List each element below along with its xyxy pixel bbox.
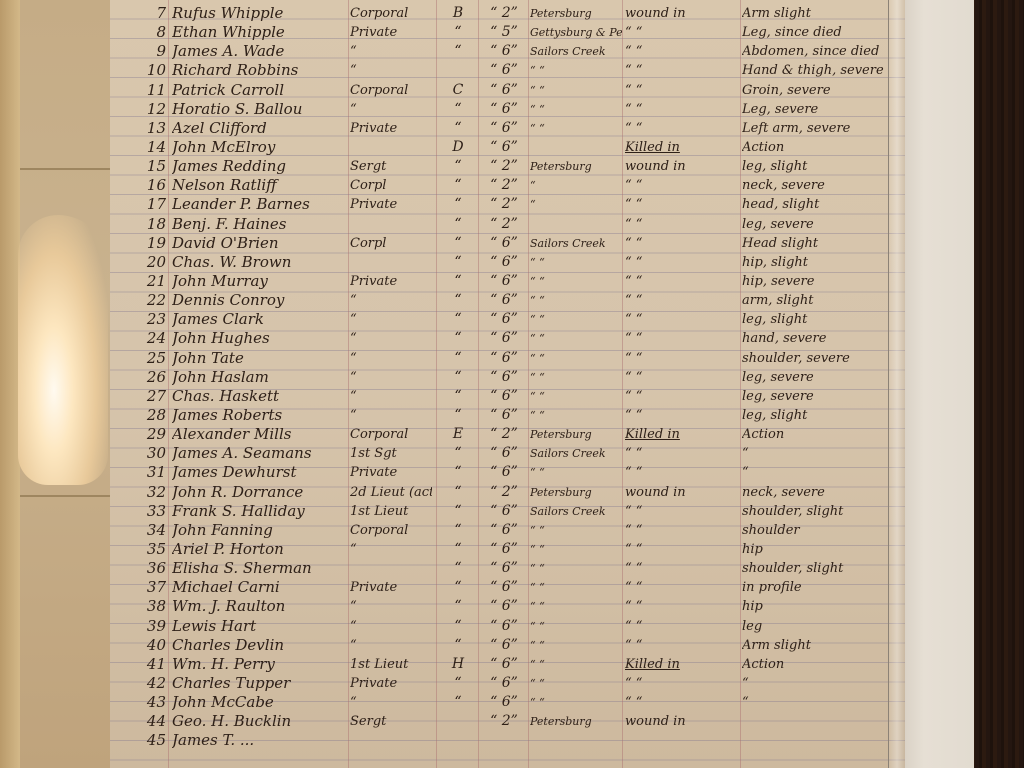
regiment: “ 6” <box>482 387 526 406</box>
casualty-status: “ “ <box>625 368 740 387</box>
wound-detail: “ <box>742 463 892 482</box>
ledger-row: 21 John Murray Private “ “ 6” “ “ “ “ hi… <box>110 272 905 291</box>
casualty-status: “ “ <box>625 215 740 234</box>
soldier-name: John Haslam <box>172 368 352 387</box>
company: “ <box>440 597 476 616</box>
entry-number: 28 <box>132 406 166 425</box>
battle-place: Sailors Creek <box>530 444 622 463</box>
soldier-name: James A. Seamans <box>172 444 352 463</box>
entry-number: 30 <box>132 444 166 463</box>
wound-detail: “ <box>742 674 892 693</box>
wound-detail: shoulder <box>742 521 892 540</box>
battle-place: Petersburg <box>530 425 622 444</box>
casualty-status: “ “ <box>625 61 740 80</box>
ledger-row: 33 Frank S. Halliday 1st Lieut “ “ 6” Sa… <box>110 502 905 521</box>
casualty-status: “ “ <box>625 636 740 655</box>
company: “ <box>440 291 476 310</box>
regiment: “ 6” <box>482 597 526 616</box>
wound-detail: leg <box>742 617 892 636</box>
company: “ <box>440 42 476 61</box>
casualty-status: “ “ <box>625 693 740 712</box>
regiment: “ 6” <box>482 291 526 310</box>
regiment: “ 6” <box>482 42 526 61</box>
entry-number: 24 <box>132 329 166 348</box>
soldier-name: John Murray <box>172 272 352 291</box>
glass-edge <box>888 0 905 768</box>
wound-detail: hand, severe <box>742 329 892 348</box>
rank: Private <box>350 674 432 693</box>
rank: 1st Sgt <box>350 444 432 463</box>
entry-number: 11 <box>132 81 166 100</box>
regiment: “ 6” <box>482 234 526 253</box>
company: “ <box>440 483 476 502</box>
casualty-status: Killed in <box>625 425 740 444</box>
soldier-name: James Roberts <box>172 406 352 425</box>
ledger-row: 31 James Dewhurst Private “ “ 6” “ “ “ “… <box>110 463 905 482</box>
wound-detail: hip, slight <box>742 253 892 272</box>
rank: “ <box>350 329 432 348</box>
soldier-name: James Clark <box>172 310 352 329</box>
company: “ <box>440 693 476 712</box>
ledger-row: 12 Horatio S. Ballou “ “ “ 6” “ “ “ “ Le… <box>110 100 905 119</box>
regiment: “ 6” <box>482 329 526 348</box>
rank: “ <box>350 406 432 425</box>
wound-detail: Arm slight <box>742 4 892 23</box>
entry-number: 34 <box>132 521 166 540</box>
battle-place: “ “ <box>530 463 622 482</box>
regiment: “ 2” <box>482 483 526 502</box>
soldier-name: Benj. F. Haines <box>172 215 352 234</box>
battle-place: Petersburg <box>530 4 622 23</box>
entry-number: 32 <box>132 483 166 502</box>
company: “ <box>440 521 476 540</box>
entry-number: 33 <box>132 502 166 521</box>
battle-place: “ “ <box>530 349 622 368</box>
casualty-status: “ “ <box>625 310 740 329</box>
company: “ <box>440 23 476 42</box>
battle-place: “ “ <box>530 61 622 80</box>
entry-number: 10 <box>132 61 166 80</box>
entry-number: 16 <box>132 176 166 195</box>
soldier-name: Patrick Carroll <box>172 81 352 100</box>
soldier-name: Nelson Ratliff <box>172 176 352 195</box>
entry-number: 20 <box>132 253 166 272</box>
soldier-name: James Dewhurst <box>172 463 352 482</box>
soldier-name: Dennis Conroy <box>172 291 352 310</box>
rank: Corpl <box>350 234 432 253</box>
soldier-name: Horatio S. Ballou <box>172 100 352 119</box>
casualty-status: “ “ <box>625 176 740 195</box>
wound-detail: Groin, severe <box>742 81 892 100</box>
casualty-status: “ “ <box>625 42 740 61</box>
ledger-row: 23 James Clark “ “ “ 6” “ “ “ “ leg, sli… <box>110 310 905 329</box>
company: “ <box>440 387 476 406</box>
battle-place: “ “ <box>530 100 622 119</box>
company: E <box>440 425 476 444</box>
entry-number: 15 <box>132 157 166 176</box>
soldier-name: John R. Dorrance <box>172 483 352 502</box>
company: D <box>440 138 476 157</box>
ledger-row: 9 James A. Wade “ “ “ 6” Sailors Creek “… <box>110 42 905 61</box>
battle-place: “ <box>530 176 622 195</box>
rank: 1st Lieut <box>350 502 432 521</box>
wound-detail: arm, slight <box>742 291 892 310</box>
casualty-status: “ “ <box>625 502 740 521</box>
soldier-name: Leander P. Barnes <box>172 195 352 214</box>
casualty-status: “ “ <box>625 23 740 42</box>
battle-place: Petersburg <box>530 483 622 502</box>
wound-detail: Action <box>742 138 892 157</box>
entry-number: 43 <box>132 693 166 712</box>
company: B <box>440 4 476 23</box>
ledger-row: 13 Azel Clifford Private “ “ 6” “ “ “ “ … <box>110 119 905 138</box>
company: “ <box>440 444 476 463</box>
regiment: “ 6” <box>482 655 526 674</box>
casualty-status: “ “ <box>625 463 740 482</box>
regiment: “ 6” <box>482 253 526 272</box>
ledger-row: 38 Wm. J. Raulton “ “ “ 6” “ “ “ “ hip <box>110 597 905 616</box>
company: “ <box>440 176 476 195</box>
casualty-status: wound in <box>625 483 740 502</box>
regiment: “ 6” <box>482 349 526 368</box>
ledger-row: 37 Michael Carni Private “ “ 6” “ “ “ “ … <box>110 578 905 597</box>
ledger-row: 44 Geo. H. Bucklin Sergt “ 2” Petersburg… <box>110 712 905 731</box>
rank: Sergt <box>350 157 432 176</box>
ledger-row: 14 John McElroy D “ 6” Killed in Action <box>110 138 905 157</box>
company: “ <box>440 540 476 559</box>
wound-detail: “ <box>742 444 892 463</box>
regiment: “ 6” <box>482 636 526 655</box>
entry-number: 14 <box>132 138 166 157</box>
wound-detail: “ <box>742 693 892 712</box>
casualty-status: “ “ <box>625 81 740 100</box>
rank: Private <box>350 195 432 214</box>
wound-detail: leg, slight <box>742 310 892 329</box>
wound-detail: Leg, since died <box>742 23 892 42</box>
ledger-page: 7 Rufus Whipple Corporal B “ 2” Petersbu… <box>110 0 905 768</box>
soldier-name: Michael Carni <box>172 578 352 597</box>
casualty-status: “ “ <box>625 253 740 272</box>
entry-number: 22 <box>132 291 166 310</box>
wound-detail: head, slight <box>742 195 892 214</box>
ledger-row: 8 Ethan Whipple Private “ “ 5” Gettysbur… <box>110 23 905 42</box>
light-glare <box>18 215 108 485</box>
company: “ <box>440 349 476 368</box>
casualty-status: Killed in <box>625 138 740 157</box>
battle-place: “ “ <box>530 617 622 636</box>
ledger-row: 41 Wm. H. Perry 1st Lieut H “ 6” “ “ Kil… <box>110 655 905 674</box>
ledger-row: 45 James T. ... <box>110 731 905 750</box>
battle-place: “ “ <box>530 368 622 387</box>
soldier-name: Ariel P. Horton <box>172 540 352 559</box>
battle-place: “ “ <box>530 310 622 329</box>
ledger-row: 22 Dennis Conroy “ “ “ 6” “ “ “ “ arm, s… <box>110 291 905 310</box>
regiment: “ 5” <box>482 23 526 42</box>
casualty-status: “ “ <box>625 597 740 616</box>
rank: “ <box>350 100 432 119</box>
casualty-status: “ “ <box>625 272 740 291</box>
rank: “ <box>350 291 432 310</box>
company: “ <box>440 368 476 387</box>
soldier-name: Ethan Whipple <box>172 23 352 42</box>
battle-place: “ “ <box>530 387 622 406</box>
ledger-row: 17 Leander P. Barnes Private “ “ 2” “ “ … <box>110 195 905 214</box>
entry-number: 44 <box>132 712 166 731</box>
regiment: “ 2” <box>482 157 526 176</box>
regiment: “ 2” <box>482 195 526 214</box>
battle-place: “ “ <box>530 119 622 138</box>
rank: “ <box>350 597 432 616</box>
ledger-row: 19 David O'Brien Corpl “ “ 6” Sailors Cr… <box>110 234 905 253</box>
wound-detail: Action <box>742 655 892 674</box>
battle-place: “ “ <box>530 655 622 674</box>
battle-place: “ “ <box>530 253 622 272</box>
entry-number: 27 <box>132 387 166 406</box>
ledger-row: 28 James Roberts “ “ “ 6” “ “ “ “ leg, s… <box>110 406 905 425</box>
regiment: “ 6” <box>482 310 526 329</box>
ledger-row: 32 John R. Dorrance 2d Lieut (actg adjt)… <box>110 483 905 502</box>
casualty-status: “ “ <box>625 195 740 214</box>
entry-number: 23 <box>132 310 166 329</box>
soldier-name: John Fanning <box>172 521 352 540</box>
regiment: “ 6” <box>482 406 526 425</box>
entry-number: 36 <box>132 559 166 578</box>
rank: Private <box>350 272 432 291</box>
wound-detail: Abdomen, since died <box>742 42 892 61</box>
ledger-row: 40 Charles Devlin “ “ “ 6” “ “ “ “ Arm s… <box>110 636 905 655</box>
battle-place: “ “ <box>530 674 622 693</box>
rank: Corporal <box>350 521 432 540</box>
casualty-status: “ “ <box>625 119 740 138</box>
ledger-row: 29 Alexander Mills Corporal E “ 2” Peter… <box>110 425 905 444</box>
rank: Sergt <box>350 712 432 731</box>
soldier-name: Wm. H. Perry <box>172 655 352 674</box>
ledger-row: 34 John Fanning Corporal “ “ 6” “ “ “ “ … <box>110 521 905 540</box>
soldier-name: Chas. Haskett <box>172 387 352 406</box>
soldier-name: James Redding <box>172 157 352 176</box>
wound-detail: hip <box>742 597 892 616</box>
wound-detail: neck, severe <box>742 483 892 502</box>
rank: 2d Lieut (actg adjt) <box>350 483 432 502</box>
entry-number: 13 <box>132 119 166 138</box>
ledger-row: 43 John McCabe “ “ “ 6” “ “ “ “ “ <box>110 693 905 712</box>
entry-number: 7 <box>132 4 166 23</box>
rank: “ <box>350 42 432 61</box>
rank: “ <box>350 617 432 636</box>
entry-number: 8 <box>132 23 166 42</box>
company: “ <box>440 157 476 176</box>
frame-mat <box>900 0 974 768</box>
battle-place: “ <box>530 195 622 214</box>
casualty-status: “ “ <box>625 540 740 559</box>
battle-place: “ “ <box>530 540 622 559</box>
soldier-name: Richard Robbins <box>172 61 352 80</box>
soldier-name: Frank S. Halliday <box>172 502 352 521</box>
company: “ <box>440 195 476 214</box>
soldier-name: John Hughes <box>172 329 352 348</box>
regiment: “ 6” <box>482 578 526 597</box>
rank: “ <box>350 540 432 559</box>
rank: “ <box>350 349 432 368</box>
battle-place: “ “ <box>530 291 622 310</box>
regiment: “ 6” <box>482 693 526 712</box>
regiment: “ 6” <box>482 138 526 157</box>
rank: Private <box>350 463 432 482</box>
wound-detail: leg, severe <box>742 387 892 406</box>
soldier-name: James T. ... <box>172 731 352 750</box>
company: “ <box>440 253 476 272</box>
casualty-status: “ “ <box>625 559 740 578</box>
soldier-name: Rufus Whipple <box>172 4 352 23</box>
battle-place: “ “ <box>530 329 622 348</box>
casualty-status: wound in <box>625 712 740 731</box>
soldier-name: Geo. H. Bucklin <box>172 712 352 731</box>
rank: Corpl <box>350 176 432 195</box>
soldier-name: Charles Tupper <box>172 674 352 693</box>
company: “ <box>440 674 476 693</box>
rank: Corporal <box>350 81 432 100</box>
casualty-status: “ “ <box>625 387 740 406</box>
rank: Corporal <box>350 425 432 444</box>
casualty-status: “ “ <box>625 329 740 348</box>
battle-place: “ “ <box>530 521 622 540</box>
soldier-name: James A. Wade <box>172 42 352 61</box>
wound-detail: leg, severe <box>742 368 892 387</box>
regiment: “ 6” <box>482 368 526 387</box>
company: “ <box>440 310 476 329</box>
battle-place: “ “ <box>530 406 622 425</box>
company: C <box>440 81 476 100</box>
soldier-name: John McCabe <box>172 693 352 712</box>
battle-place: “ “ <box>530 81 622 100</box>
entry-number: 29 <box>132 425 166 444</box>
regiment: “ 6” <box>482 559 526 578</box>
battle-place: “ “ <box>530 693 622 712</box>
rank: “ <box>350 693 432 712</box>
entry-number: 17 <box>132 195 166 214</box>
ledger-row: 15 James Redding Sergt “ “ 2” Petersburg… <box>110 157 905 176</box>
entry-number: 41 <box>132 655 166 674</box>
entry-number: 21 <box>132 272 166 291</box>
regiment: “ 2” <box>482 425 526 444</box>
wound-detail: Action <box>742 425 892 444</box>
soldier-name: Chas. W. Brown <box>172 253 352 272</box>
soldier-name: John McElroy <box>172 138 352 157</box>
casualty-status: “ “ <box>625 521 740 540</box>
company: “ <box>440 272 476 291</box>
wound-detail: leg, severe <box>742 215 892 234</box>
casualty-status: wound in <box>625 4 740 23</box>
regiment: “ 2” <box>482 215 526 234</box>
regiment: “ 6” <box>482 521 526 540</box>
casualty-status: wound in <box>625 157 740 176</box>
casualty-status: “ “ <box>625 349 740 368</box>
wound-detail: Head slight <box>742 234 892 253</box>
battle-place: Gettysburg & Petersburg <box>530 23 622 42</box>
casualty-status: “ “ <box>625 617 740 636</box>
battle-place: “ “ <box>530 578 622 597</box>
company: “ <box>440 502 476 521</box>
company: “ <box>440 578 476 597</box>
entry-number: 40 <box>132 636 166 655</box>
battle-place: Sailors Creek <box>530 234 622 253</box>
rank: “ <box>350 61 432 80</box>
company: “ <box>440 215 476 234</box>
soldier-name: Elisha S. Sherman <box>172 559 352 578</box>
entry-number: 45 <box>132 731 166 750</box>
ledger-row: 26 John Haslam “ “ “ 6” “ “ “ “ leg, sev… <box>110 368 905 387</box>
entry-number: 31 <box>132 463 166 482</box>
ledger-row: 35 Ariel P. Horton “ “ “ 6” “ “ “ “ hip <box>110 540 905 559</box>
regiment: “ 6” <box>482 502 526 521</box>
entry-number: 19 <box>132 234 166 253</box>
wound-detail: in profile <box>742 578 892 597</box>
frame-mat-left <box>0 0 20 768</box>
regiment: “ 2” <box>482 4 526 23</box>
soldier-name: Lewis Hart <box>172 617 352 636</box>
regiment: “ 6” <box>482 540 526 559</box>
soldier-name: Wm. J. Raulton <box>172 597 352 616</box>
company: “ <box>440 234 476 253</box>
entry-number: 38 <box>132 597 166 616</box>
regiment: “ 2” <box>482 712 526 731</box>
regiment: “ 6” <box>482 617 526 636</box>
soldier-name: John Tate <box>172 349 352 368</box>
regiment: “ 6” <box>482 100 526 119</box>
casualty-status: “ “ <box>625 100 740 119</box>
ledger-row: 16 Nelson Ratliff Corpl “ “ 2” “ “ “ nec… <box>110 176 905 195</box>
battle-place: Petersburg <box>530 157 622 176</box>
rank: “ <box>350 636 432 655</box>
casualty-status: “ “ <box>625 444 740 463</box>
rank: “ <box>350 387 432 406</box>
wound-detail: Arm slight <box>742 636 892 655</box>
soldier-name: Alexander Mills <box>172 425 352 444</box>
battle-place: “ “ <box>530 272 622 291</box>
company: “ <box>440 463 476 482</box>
soldier-name: David O'Brien <box>172 234 352 253</box>
regiment: “ 6” <box>482 81 526 100</box>
rank: “ <box>350 310 432 329</box>
wound-detail: hip, severe <box>742 272 892 291</box>
ledger-row: 36 Elisha S. Sherman “ “ 6” “ “ “ “ shou… <box>110 559 905 578</box>
casualty-status: “ “ <box>625 674 740 693</box>
ledger-row: 18 Benj. F. Haines “ “ 2” “ “ leg, sever… <box>110 215 905 234</box>
ledger-row: 27 Chas. Haskett “ “ “ 6” “ “ “ “ leg, s… <box>110 387 905 406</box>
wound-detail: Leg, severe <box>742 100 892 119</box>
rank: Private <box>350 23 432 42</box>
company: “ <box>440 329 476 348</box>
ledger-row: 39 Lewis Hart “ “ “ 6” “ “ “ “ leg <box>110 617 905 636</box>
entry-number: 25 <box>132 349 166 368</box>
casualty-status: “ “ <box>625 578 740 597</box>
entry-number: 35 <box>132 540 166 559</box>
regiment: “ 6” <box>482 61 526 80</box>
company: “ <box>440 406 476 425</box>
wound-detail: leg, slight <box>742 406 892 425</box>
battle-place: Sailors Creek <box>530 502 622 521</box>
wound-detail: shoulder, severe <box>742 349 892 368</box>
battle-place: Petersburg <box>530 712 622 731</box>
wound-detail: shoulder, slight <box>742 502 892 521</box>
company: “ <box>440 100 476 119</box>
company: “ <box>440 119 476 138</box>
casualty-status: “ “ <box>625 291 740 310</box>
battle-place: “ “ <box>530 636 622 655</box>
ledger-row: 7 Rufus Whipple Corporal B “ 2” Petersbu… <box>110 4 905 23</box>
company: H <box>440 655 476 674</box>
ledger-row: 24 John Hughes “ “ “ 6” “ “ “ “ hand, se… <box>110 329 905 348</box>
